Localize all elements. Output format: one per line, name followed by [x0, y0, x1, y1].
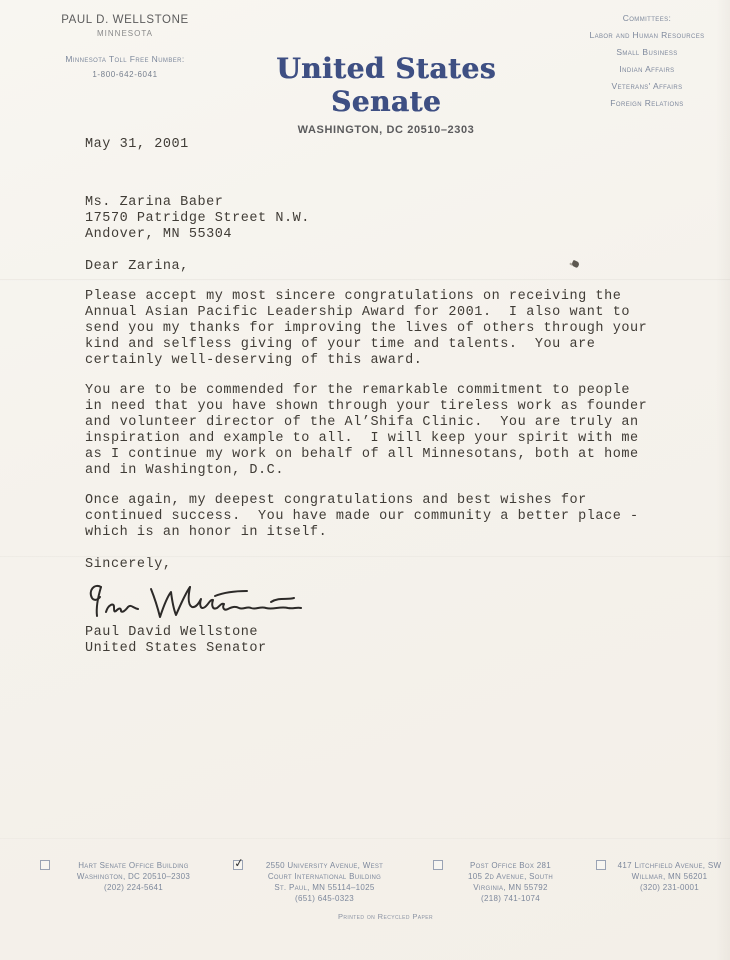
office-address: 2550 University Avenue, West Court Inter…: [248, 860, 401, 904]
office-line: Washington, DC 20510–2303: [55, 871, 212, 882]
committee-item: Foreign Relations: [566, 98, 728, 108]
closing: Sincerely,: [85, 557, 670, 573]
signature-ink: [85, 579, 310, 627]
office-line: (202) 224-5641: [55, 882, 212, 893]
office-line: Virginia, MN 55792: [448, 882, 573, 893]
office-line: Willmar, MN 56201: [611, 871, 728, 882]
office-line: 2550 University Avenue, West: [248, 860, 401, 871]
office-willmar: ✓ 417 Litchfield Avenue, SW Willmar, MN …: [596, 860, 728, 893]
committee-item: Small Business: [566, 47, 728, 57]
paper-crease: [0, 838, 730, 840]
paragraph-1: Please accept my most sincere congratula…: [85, 289, 670, 369]
paragraph-2: You are to be commended for the remarkab…: [85, 383, 670, 479]
recipient-address: Ms. Zarina Baber 17570 Patridge Street N…: [85, 195, 670, 243]
salutation: Dear Zarina,: [85, 259, 670, 275]
check-mark-icon: ✓: [233, 855, 245, 870]
letter-date: May 31, 2001: [85, 137, 670, 153]
office-line: Hart Senate Office Building: [55, 860, 212, 871]
office-line: 417 Litchfield Avenue, SW: [611, 860, 728, 871]
letter-page: PAUL D. WELLSTONE MINNESOTA Minnesota To…: [0, 0, 730, 960]
office-checkbox: ✓: [40, 860, 50, 870]
paragraph-3: Once again, my deepest congratulations a…: [85, 493, 670, 541]
signer-title: United States Senator: [85, 641, 670, 657]
masthead-title: United States Senate: [250, 52, 522, 118]
office-line: 105 2d Avenue, South: [448, 871, 573, 882]
committee-item: Labor and Human Resources: [566, 30, 728, 40]
recycled-paper-note: Printed on Recycled Paper: [338, 912, 433, 921]
office-line: (218) 741-1074: [448, 893, 573, 904]
signer-name: Paul David Wellstone: [85, 625, 670, 641]
masthead: United States Senate WASHINGTON, DC 2051…: [250, 52, 522, 136]
recipient-city: Andover, MN 55304: [85, 227, 670, 243]
toll-free-number: 1-800-642-6041: [35, 70, 215, 79]
committees-block: Committees: Labor and Human Resources Sm…: [566, 13, 728, 108]
office-address: Post Office Box 281 105 2d Avenue, South…: [448, 860, 573, 904]
office-line: St. Paul, MN 55114–1025: [248, 882, 401, 893]
toll-free-label: Minnesota Toll Free Number:: [35, 54, 215, 64]
office-checkbox: ✓: [233, 860, 243, 870]
page-edge-shadow: [716, 0, 730, 960]
committee-item: Veterans' Affairs: [566, 81, 728, 91]
committee-item: Indian Affairs: [566, 64, 728, 74]
committees-label: Committees:: [566, 13, 728, 23]
sender-block: PAUL D. WELLSTONE MINNESOTA Minnesota To…: [35, 14, 215, 79]
sender-name: PAUL D. WELLSTONE: [35, 14, 215, 26]
sender-state: MINNESOTA: [35, 29, 215, 38]
office-checkbox: ✓: [433, 860, 443, 870]
office-address: Hart Senate Office Building Washington, …: [55, 860, 212, 893]
office-line: Court International Building: [248, 871, 401, 882]
office-hart: ✓ Hart Senate Office Building Washington…: [40, 860, 212, 893]
letter-body: May 31, 2001 Ms. Zarina Baber 17570 Patr…: [85, 137, 670, 657]
office-line: Post Office Box 281: [448, 860, 573, 871]
office-st-paul: ✓ 2550 University Avenue, West Court Int…: [233, 860, 401, 904]
office-checkbox: ✓: [596, 860, 606, 870]
office-address: 417 Litchfield Avenue, SW Willmar, MN 56…: [611, 860, 728, 893]
signature: [85, 579, 670, 627]
office-line: (651) 645-0323: [248, 893, 401, 904]
masthead-address: WASHINGTON, DC 20510–2303: [250, 124, 522, 136]
office-line: (320) 231-0001: [611, 882, 728, 893]
office-virginia: ✓ Post Office Box 281 105 2d Avenue, Sou…: [433, 860, 573, 904]
recipient-street: 17570 Patridge Street N.W.: [85, 211, 670, 227]
recipient-name: Ms. Zarina Baber: [85, 195, 670, 211]
